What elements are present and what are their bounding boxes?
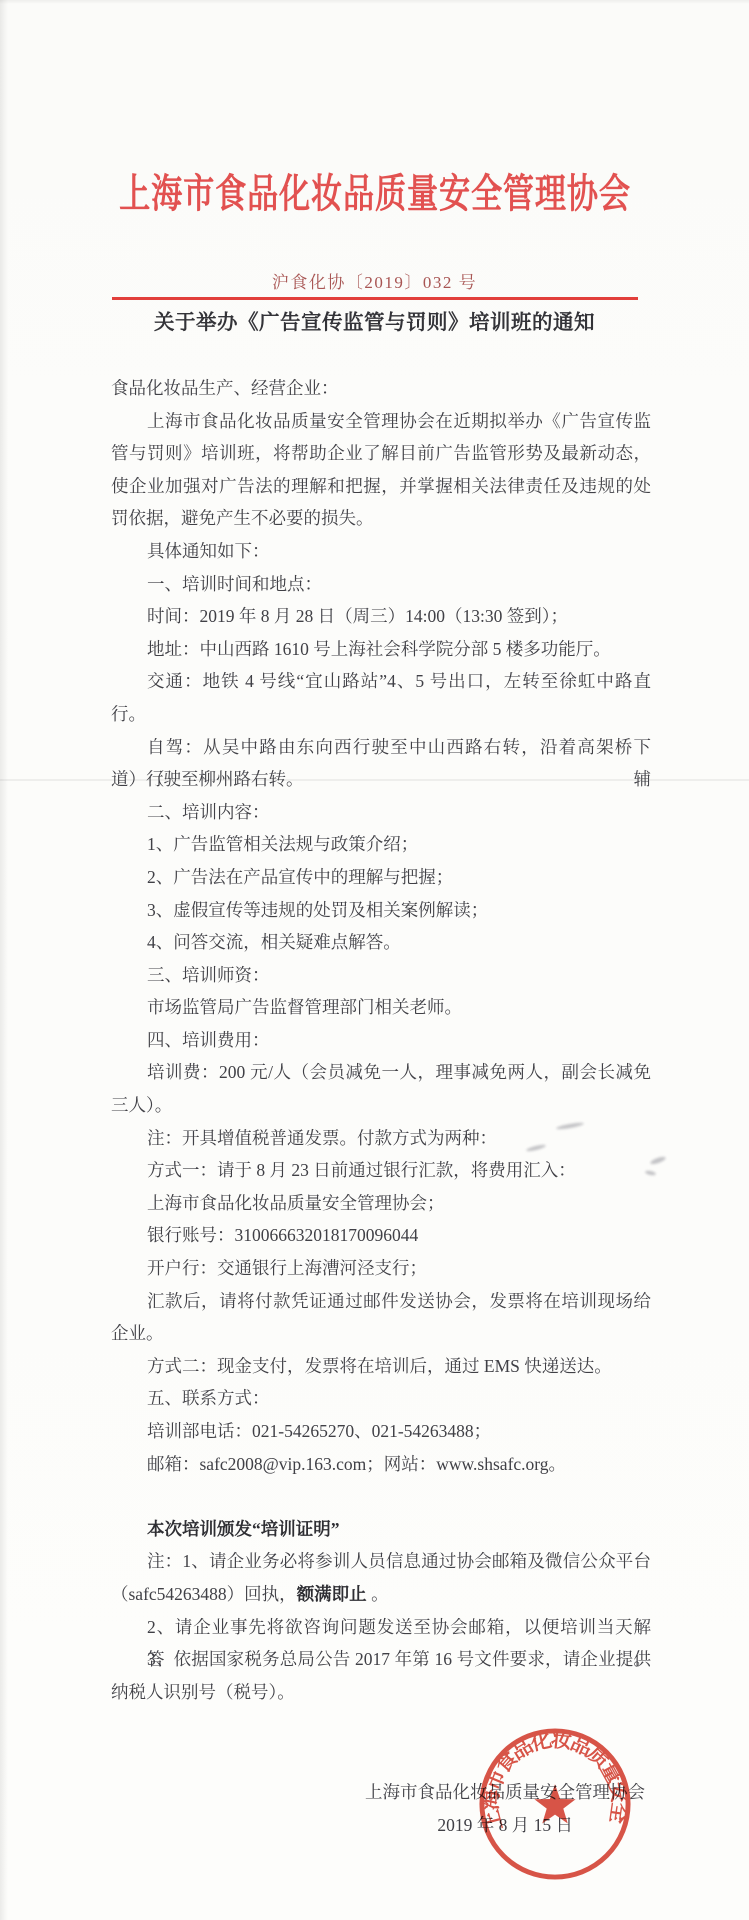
body-line: 交通：地铁 4 号线“宜山路站”4、5 号出口，左转至徐虹中路直: [111, 665, 651, 698]
body-line: 2、请企业事先将欲咨询问题发送至协会邮箱，以便培训当天解答。: [111, 1611, 651, 1644]
body-line: 一、培训时间和地点：: [111, 568, 651, 601]
official-seal: 上海市食品化妆品质量安全管理协会: [476, 1725, 634, 1883]
body-line: 具体通知如下：: [111, 535, 651, 568]
body-line: 自驾：从吴中路由东向西行驶至中山西路右转，沿着高架桥下（辅: [111, 731, 651, 764]
body-line: 四、培训费用：: [111, 1024, 651, 1057]
body-line-spacer: [111, 1480, 651, 1513]
body-line: 3、依据国家税务总局公告 2017 年第 16 号文件要求，请企业提供: [111, 1643, 651, 1676]
seal-arc-text: 上海市食品化妆品质量安全管理协会: [476, 1725, 632, 1833]
body-line: 汇款后，请将付款凭证通过邮件发送协会，发票将在培训现场给: [111, 1285, 651, 1318]
scan-edge-shadow-top: [0, 0, 749, 4]
body-line: （safc54263488）回执，额满即止 。: [111, 1578, 651, 1611]
body-line: 2、广告法在产品宣传中的理解与把握；: [111, 861, 651, 894]
body-line: 纳税人识别号（税号）。: [111, 1676, 651, 1709]
body-line: 方式二：现金支付，发票将在培训后，通过 EMS 快递送达。: [111, 1350, 651, 1383]
scan-smudge: [650, 1155, 667, 1165]
body-line: 本次培训颁发“培训证明”: [111, 1513, 651, 1546]
body-line: 地址：中山西路 1610 号上海社会科学院分部 5 楼多功能厅。: [111, 633, 651, 666]
body-line: 培训费：200 元/人（会员减免一人，理事减免两人，副会长减免: [111, 1056, 651, 1089]
body-line: 银行账号：310066632018170096044: [111, 1219, 651, 1252]
star-icon: [534, 1784, 575, 1823]
body-line: 五、联系方式：: [111, 1382, 651, 1415]
body-line: 使企业加强对广告法的理解和把握，并掌握相关法律责任及违规的处: [111, 470, 651, 503]
body-line: 时间：2019 年 8 月 28 日（周三）14:00（13:30 签到）；: [111, 600, 651, 633]
body-line: 企业。: [111, 1317, 651, 1350]
body-line: 方式一：请于 8 月 23 日前通过银行汇款，将费用汇入：: [111, 1154, 651, 1187]
body-line: 邮箱：safc2008@vip.163.com；网站：www.shsafc.or…: [111, 1448, 651, 1481]
body-line: 三人）。: [111, 1089, 651, 1122]
document-page: 上海市食品化妆品质量安全管理协会 沪食化协〔2019〕032 号 关于举办《广告…: [0, 0, 749, 1920]
body-line: 注：1、请企业务必将参训人员信息通过协会邮箱及微信公众平台: [111, 1545, 651, 1578]
org-title-text: 上海市食品化妆品质量安全管理协会: [119, 170, 631, 218]
notice-title: 关于举办《广告宣传监管与罚则》培训班的通知: [0, 305, 749, 335]
body-line: 三、培训师资：: [111, 959, 651, 992]
body-line: 注：开具增值税普通发票。付款方式为两种：: [111, 1122, 651, 1155]
body-line: 上海市食品化妆品质量安全管理协会在近期拟举办《广告宣传监: [111, 405, 651, 438]
body-line: 3、虚假宣传等违规的处罚及相关案例解读；: [111, 894, 651, 927]
body-line: 二、培训内容：: [111, 796, 651, 829]
body-line: 培训部电话：021-54265270、021-54263488；: [111, 1415, 651, 1448]
body-line: 开户行：交通银行上海漕河泾支行；: [111, 1252, 651, 1285]
body-line: 罚依据，避免产生不必要的损失。: [111, 502, 651, 535]
body-line: 管与罚则》培训班，将帮助企业了解目前广告监管形势及最新动态，: [111, 437, 651, 470]
body-line: 上海市食品化妆品质量安全管理协会；: [111, 1187, 651, 1220]
body-line: 行。: [111, 698, 651, 731]
body-line: 市场监管局广告监督管理部门相关老师。: [111, 991, 651, 1024]
red-divider-rule: [112, 297, 638, 300]
body-line: 食品化妆品生产、经营企业：: [111, 372, 651, 405]
org-title: 上海市食品化妆品质量安全管理协会: [0, 170, 749, 218]
body-line: 1、广告监管相关法规与政策介绍；: [111, 828, 651, 861]
body-line: 4、问答交流，相关疑难点解答。: [111, 926, 651, 959]
doc-number: 沪食化协〔2019〕032 号: [0, 268, 749, 293]
body-lines: 食品化妆品生产、经营企业：上海市食品化妆品质量安全管理协会在近期拟举办《广告宣传…: [111, 372, 651, 1708]
